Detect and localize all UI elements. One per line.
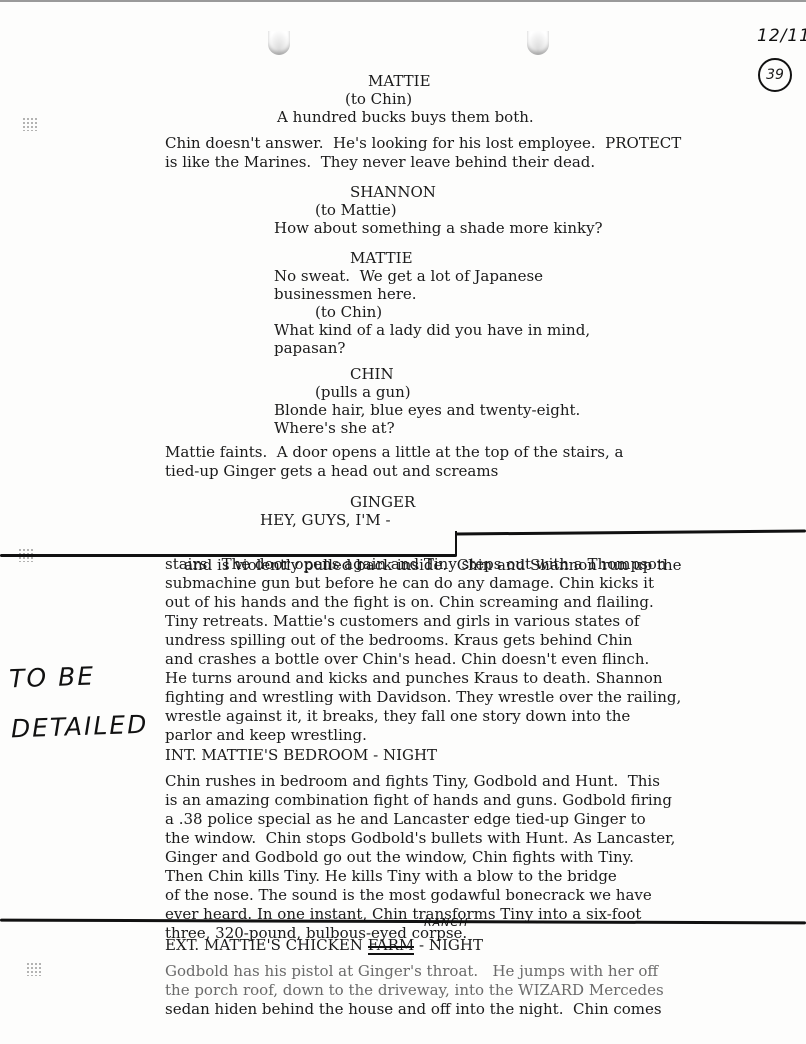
character-cue: MATTIE	[368, 72, 431, 92]
action-line: a .38 police special as he and Lancaster…	[165, 810, 646, 830]
margin-note: TO BE DETAILED	[8, 650, 149, 755]
action-line: Chin rushes in bedroom and fights Tiny, …	[165, 772, 660, 792]
action-line: the porch roof, down to the driveway, in…	[165, 981, 664, 1001]
action-line: out of his hands and the fight is on. Ch…	[165, 593, 654, 613]
scene-heading-text: - NIGHT	[414, 936, 483, 954]
action-line: He turns around and kicks and punches Kr…	[165, 669, 662, 689]
character-cue: SHANNON	[350, 183, 436, 203]
handdrawn-line	[455, 529, 806, 535]
action-line: the window. Chin stops Godbold's bullets…	[165, 829, 675, 849]
margin-note-line: TO BE	[8, 650, 147, 705]
scene-heading-text: EXT. MATTIE'S CHICKEN	[165, 936, 368, 954]
parenthetical: (pulls a gun)	[315, 383, 411, 403]
margin-note-line: DETAILED	[10, 700, 149, 755]
dialogue-line: Where's she at?	[274, 419, 395, 439]
action-line: sedan hiden behind the house and off int…	[165, 1000, 662, 1020]
dialogue-line: What kind of a lady did you have in mind…	[274, 321, 590, 341]
scan-artifact	[26, 962, 42, 976]
punch-hole	[527, 31, 549, 55]
handdrawn-underline	[368, 953, 415, 955]
handwritten-correction: RANCH	[424, 916, 468, 929]
scene-heading: EXT. MATTIE'S CHICKEN FARM - NIGHT	[165, 936, 483, 956]
character-cue: GINGER	[350, 493, 415, 513]
action-line: fighting and wrestling with Davidson. Th…	[165, 688, 681, 708]
action-line: tied-up Ginger gets a head out and screa…	[165, 462, 498, 482]
action-line: Then Chin kills Tiny. He kills Tiny with…	[165, 867, 617, 887]
strikethrough-line	[368, 946, 415, 948]
action-line: is like the Marines. They never leave be…	[165, 153, 595, 173]
action-line: and crashes a bottle over Chin's head. C…	[165, 650, 649, 670]
handwritten-page-number: 39	[758, 58, 792, 92]
punch-hole	[268, 31, 290, 55]
parenthetical: (to Mattie)	[315, 201, 397, 221]
action-line: submachine gun but before he can do any …	[165, 574, 654, 594]
struck-word-text: FARM	[368, 936, 415, 954]
scan-top-edge	[0, 0, 806, 2]
action-line: Ginger and Godbold go out the window, Ch…	[165, 848, 634, 868]
dialogue-line: papasan?	[274, 339, 345, 359]
dialogue-line: businessmen here.	[274, 285, 417, 305]
script-page: 12/11 39 TO BE DETAILED MATTIE (to Chin)…	[0, 0, 806, 1044]
action-line: Mattie faints. A door opens a little at …	[165, 443, 623, 463]
parenthetical: (to Chin)	[345, 90, 412, 110]
action-line: Tiny retreats. Mattie's customers and gi…	[165, 612, 639, 632]
action-line: Godbold has his pistol at Ginger's throa…	[165, 962, 658, 982]
dialogue-line: Blonde hair, blue eyes and twenty-eight.	[274, 401, 580, 421]
dialogue-line: No sweat. We get a lot of Japanese	[274, 267, 543, 287]
scene-heading: INT. MATTIE'S BEDROOM - NIGHT	[165, 746, 437, 766]
action-line: Chin doesn't answer. He's looking for hi…	[165, 134, 681, 154]
action-line: parlor and keep wrestling.	[165, 726, 367, 746]
character-cue: MATTIE	[350, 249, 413, 269]
action-line: wrestle against it, it breaks, they fall…	[165, 707, 630, 727]
handwritten-date: 12/11	[757, 26, 806, 46]
action-line: stairs. The door opens again and Tiny st…	[165, 555, 666, 575]
page-number-text: 39	[766, 67, 784, 83]
character-cue: CHIN	[350, 365, 394, 385]
action-line: of the nose. The sound is the most godaw…	[165, 886, 652, 906]
action-line: is an amazing combination fight of hands…	[165, 791, 672, 811]
dialogue-line: A hundred bucks buys them both.	[277, 108, 534, 128]
struck-word: FARM	[368, 936, 415, 956]
dialogue-line: How about something a shade more kinky?	[274, 219, 603, 239]
dialogue-line: HEY, GUYS, I'M -	[260, 511, 391, 531]
action-line: undress spilling out of the bedrooms. Kr…	[165, 631, 633, 651]
scan-artifact	[22, 117, 38, 131]
parenthetical: (to Chin)	[315, 303, 382, 323]
